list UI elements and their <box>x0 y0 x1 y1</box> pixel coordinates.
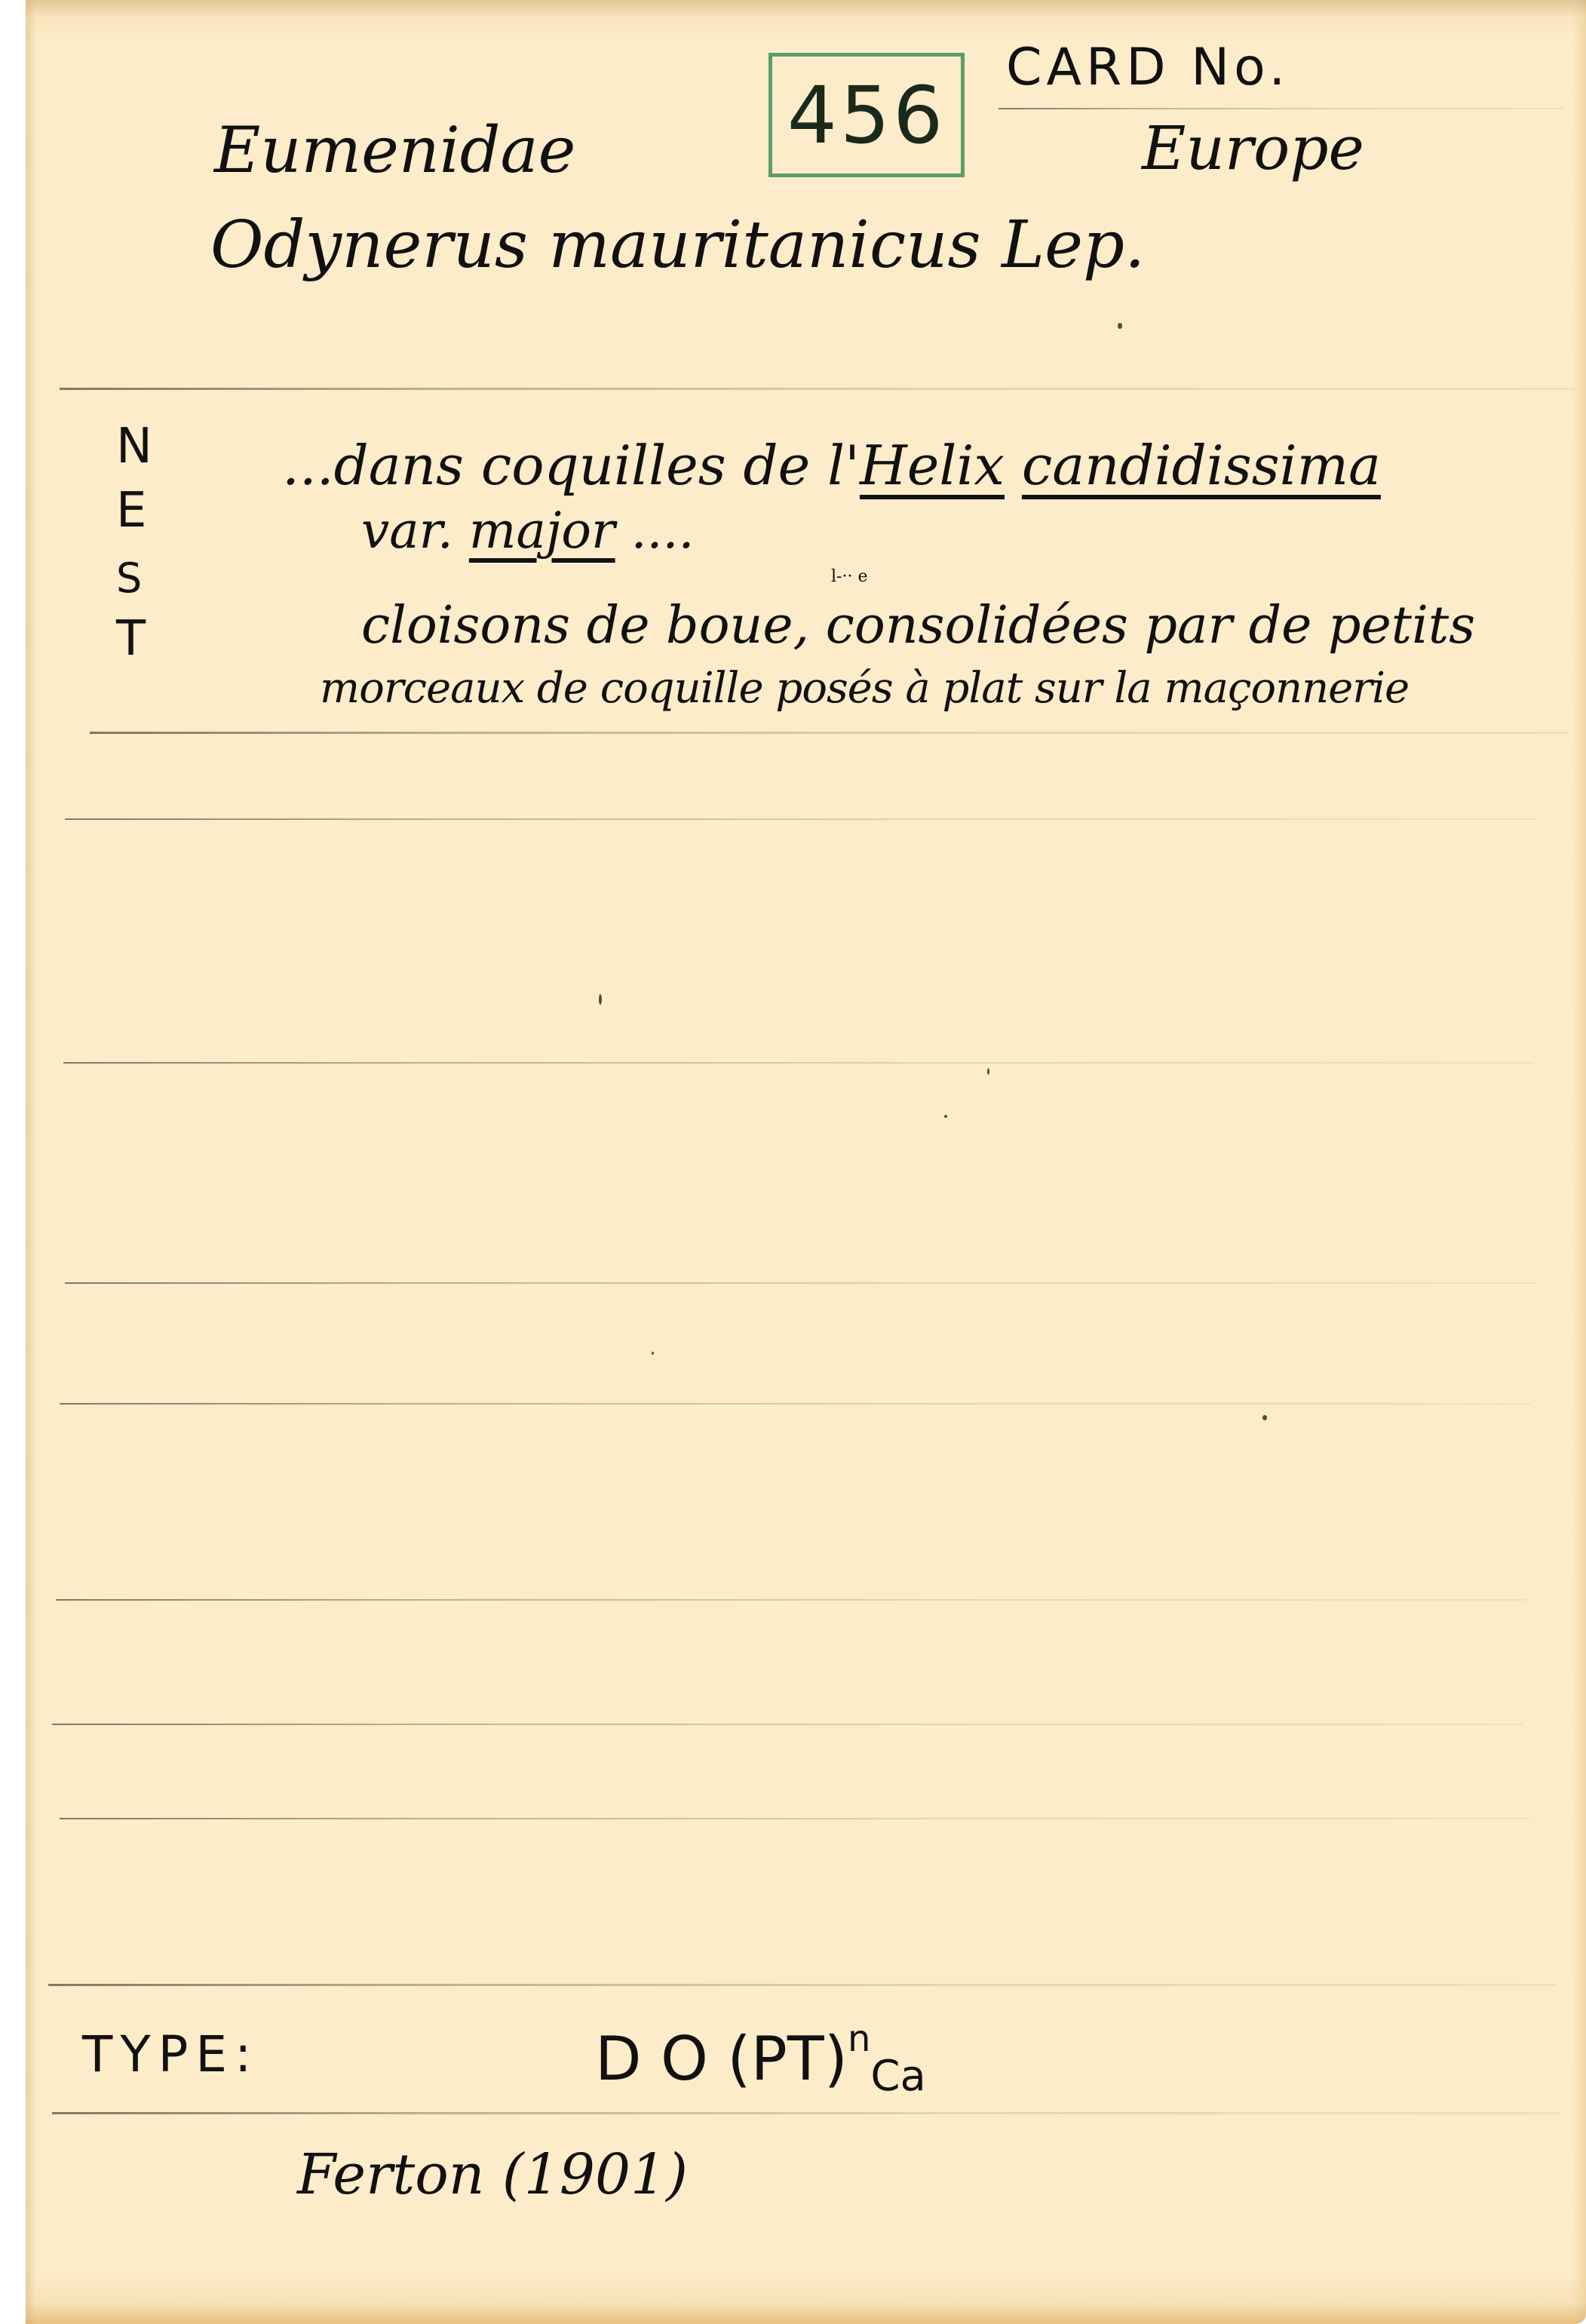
type-formula-tail: Ca <box>870 2052 925 2101</box>
nest-line-2: var. major .... <box>361 502 695 560</box>
nest-line-1: ...dans coquilles de l'Helix candidissim… <box>282 434 1381 497</box>
rule-line <box>65 818 1535 820</box>
card-number-box: 456 <box>768 53 965 177</box>
type-formula-main: D O (PT) <box>595 2024 848 2094</box>
card-no-rule <box>999 108 1564 109</box>
nest-letter-t: T <box>116 611 146 667</box>
ink-speck <box>944 1115 947 1118</box>
rule-line <box>65 1282 1535 1284</box>
card-no-label: CARD No. <box>1006 38 1290 97</box>
index-card: Eumenidae 456 CARD No. Europe Odynerus m… <box>26 0 1586 2324</box>
card-number: 456 <box>787 69 946 161</box>
reference-citation: Ferton (1901) <box>297 2142 688 2207</box>
variety-name: major <box>469 502 615 560</box>
nest-margin-note: l-·· e <box>831 567 867 586</box>
ink-speck <box>599 994 602 1005</box>
helix-species: candidissima <box>1022 434 1381 497</box>
rule-type-bottom <box>52 2112 1560 2114</box>
rule-line <box>60 1403 1530 1405</box>
nest-line-2-suffix: .... <box>615 502 695 560</box>
nest-line-1-prefix: ...dans coquilles de l' <box>282 434 860 497</box>
rule-line <box>52 1724 1523 1725</box>
type-formula: D O (PT)nCa <box>595 2018 926 2101</box>
rule-line <box>60 1818 1530 1819</box>
nest-line-2-prefix: var. <box>361 502 469 560</box>
type-label: TYPE: <box>82 2025 259 2083</box>
rule-line <box>56 1599 1526 1601</box>
rule-line <box>63 1062 1534 1064</box>
ink-speck <box>987 1068 989 1075</box>
type-formula-exponent: n <box>848 2018 870 2060</box>
ink-speck <box>652 1352 654 1355</box>
nest-letter-s: S <box>116 554 142 602</box>
nest-line-3: cloisons de boue, consolidées par de pet… <box>361 596 1475 655</box>
region: Europe <box>1142 113 1364 183</box>
rule-type-top <box>48 1984 1557 1986</box>
helix-genus: Helix <box>860 434 1005 497</box>
nest-letter-e: E <box>116 483 146 539</box>
family-name: Eumenidae <box>214 113 575 187</box>
ink-speck <box>1262 1415 1267 1420</box>
ink-speck <box>1118 323 1122 329</box>
rule-nest-bottom <box>90 732 1568 734</box>
nest-line-4: morceaux de coquille posés à plat sur la… <box>320 664 1409 713</box>
species-name: Odynerus mauritanicus Lep. <box>210 207 1145 283</box>
rule-nest-top <box>60 388 1575 390</box>
nest-letter-n: N <box>116 419 152 474</box>
